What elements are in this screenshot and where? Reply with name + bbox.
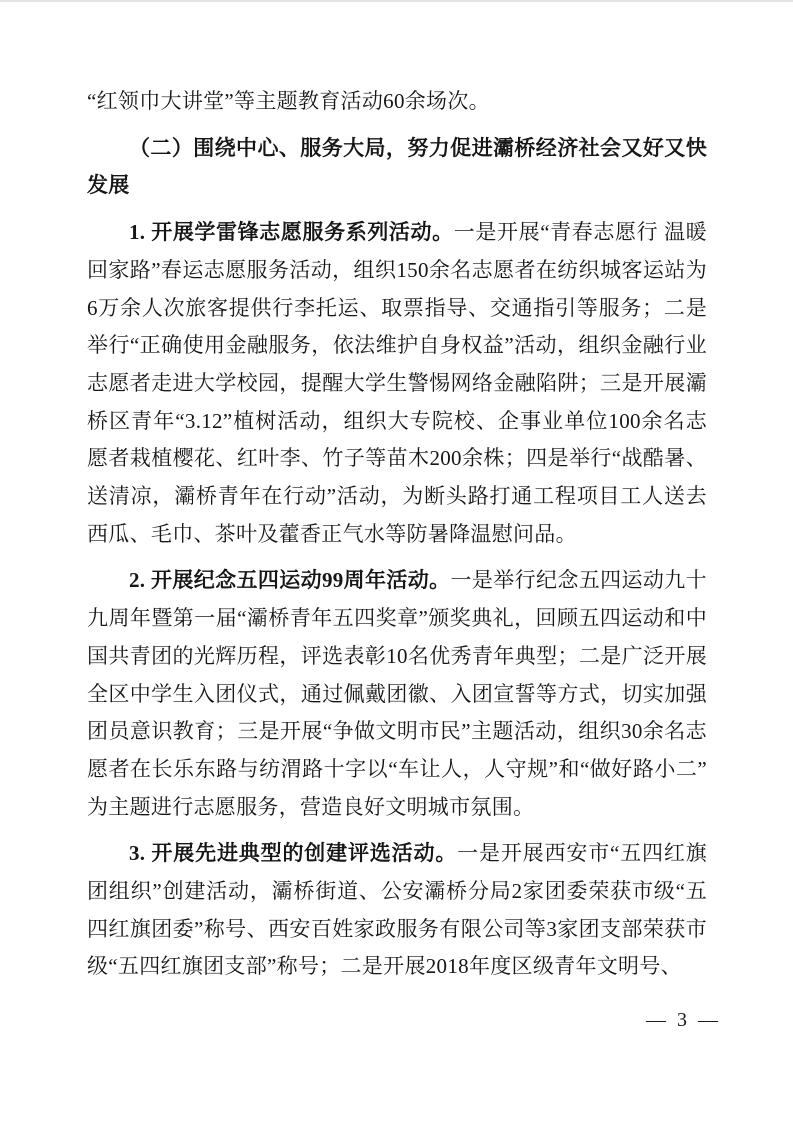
paragraph-continuation: “红领巾大讲堂”等主题教育活动60余场次。 [87, 83, 707, 121]
scan-artifact-top-edge [0, 0, 793, 2]
section-heading: （二）围绕中心、服务大局，努力促进灞桥经济社会又好又快发展 [87, 130, 707, 205]
numbered-paragraph-1: 1. 开展学雷锋志愿服务系列活动。一是开展“青春志愿行 温暖回家路”春运志愿服务… [87, 214, 707, 553]
paragraph-2-lead: 2. 开展纪念五四运动99周年活动。 [129, 568, 451, 592]
paragraph-3-lead: 3. 开展先进典型的创建评选活动。 [129, 841, 457, 865]
paragraph-1-lead: 1. 开展学雷锋志愿服务系列活动。 [129, 220, 454, 244]
numbered-paragraph-3: 3. 开展先进典型的创建评选活动。一是开展西安市“五四红旗团组织”创建活动，灞桥… [87, 835, 707, 986]
paragraph-2-body: 一是举行纪念五四运动九十九周年暨第一届“灞桥青年五四奖章”颁奖典礼，回顾五四运动… [87, 568, 707, 818]
numbered-paragraph-2: 2. 开展纪念五四运动99周年活动。一是举行纪念五四运动九十九周年暨第一届“灞桥… [87, 562, 707, 826]
page-number: — 3 — [646, 1005, 721, 1035]
document-page: “红领巾大讲堂”等主题教育活动60余场次。 （二）围绕中心、服务大局，努力促进灞… [0, 0, 793, 1122]
body-text: “红领巾大讲堂”等主题教育活动60余场次。 （二）围绕中心、服务大局，努力促进灞… [87, 83, 707, 986]
paragraph-1-body: 一是开展“青春志愿行 温暖回家路”春运志愿服务活动，组织150余名志愿者在纺织城… [87, 220, 707, 546]
